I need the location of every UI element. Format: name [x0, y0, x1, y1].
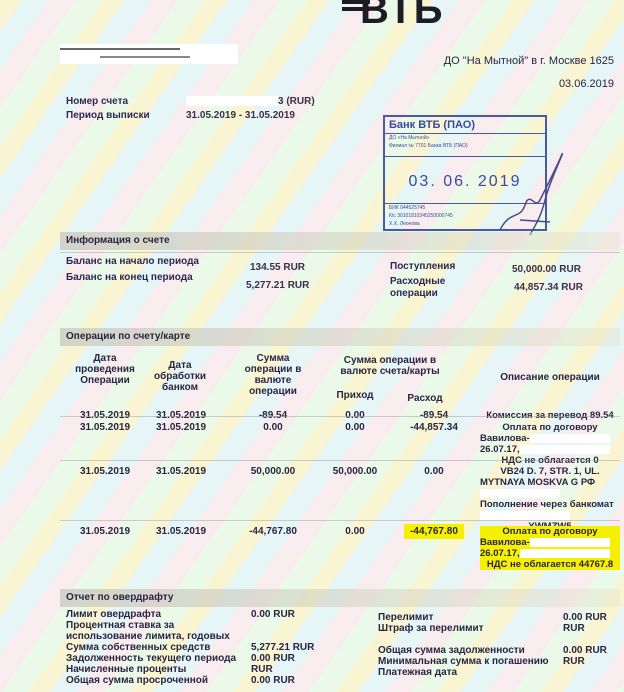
opening-balance-value: 134.55 RUR: [250, 262, 305, 273]
col-op-date: Дата проведения Операции: [70, 353, 140, 386]
cell-proc-date: 31.05.2019: [150, 422, 212, 433]
overdraft-row: Штраф за перелимитRUR: [378, 623, 618, 634]
period-value: 31.05.2019 - 31.05.2019: [186, 110, 295, 121]
cell-op-date: 31.05.2019: [70, 526, 140, 537]
overdraft-value: 0.00 RUR: [563, 645, 607, 656]
overdraft-value: 5,277.21 RUR: [251, 642, 314, 653]
cell-amount: -44,767.80: [238, 526, 308, 537]
cell-amount: 50,000.00: [238, 466, 308, 477]
overdraft-label: Перелимит: [378, 612, 563, 623]
overdraft-row: Перелимит0.00 RUR: [378, 612, 618, 623]
col-op-amount: Сумма операции в валюте операции: [238, 353, 308, 397]
overdraft-value: 0.00 RUR: [251, 653, 295, 664]
overdraft-row: Сумма собственных средств5,277.21 RUR: [66, 642, 346, 653]
cell-expense: -44,857.34: [398, 422, 470, 433]
row-divider: [60, 460, 620, 461]
cell-proc-date: 31.05.2019: [150, 466, 212, 477]
overdraft-row: Процентная ставка за использование лимит…: [66, 620, 346, 642]
cell-income: 0.00: [325, 526, 385, 537]
cell-expense: 0.00: [398, 466, 470, 477]
overdraft-row: Минимальная сумма к погашениюRUR: [378, 656, 618, 667]
cell-proc-date: 31.05.2019: [150, 526, 212, 537]
overdraft-row: Платежная дата: [378, 667, 618, 678]
overdraft-row: Лимит овердрафта0.00 RUR: [66, 609, 346, 620]
stamp-title: Банк ВТБ (ПАО): [385, 117, 545, 134]
income-value: 50,000.00 RUR: [512, 264, 581, 275]
account-number-value: 3 (RUR): [186, 96, 315, 107]
account-number-label: Номер счета: [66, 96, 128, 107]
redacted-block: [480, 489, 560, 498]
account-number-redacted: [186, 96, 278, 106]
bank-logo: ВТБ: [360, 0, 444, 33]
overdraft-value: 0.00 RUR: [251, 609, 295, 620]
col-description: Описание операции: [480, 372, 620, 383]
overdraft-value: RUR: [563, 656, 585, 667]
overdraft-label: Сумма собственных средств: [66, 642, 251, 653]
branch-name: ДО "На Мытной" в г. Москве 1625: [444, 55, 614, 67]
operations-header: Операции по счету/карте: [60, 328, 620, 346]
overdraft-right: Перелимит0.00 RURШтраф за перелимитRURОб…: [378, 612, 618, 678]
cell-op-date: 31.05.2019: [70, 466, 140, 477]
overdraft-label: Платежная дата: [378, 667, 563, 678]
overdraft-row: Начисленные процентыRUR: [66, 664, 346, 675]
overdraft-value: 0.00 RUR: [563, 612, 607, 623]
overdraft-row: Общая сумма задолженности0.00 RUR: [378, 645, 618, 656]
col-income: Приход: [330, 390, 380, 401]
redacted-block: [480, 511, 570, 520]
cell-description: Оплата по договоруВавилова-26.07.17,НДС …: [480, 526, 620, 570]
redacted-block: [530, 538, 610, 547]
overdraft-row: Общая сумма просроченной0.00 RUR: [66, 675, 346, 686]
cell-description: VB24 D. 7, STR. 1, UL.MYTNAYA MOSKVA G Р…: [480, 466, 620, 532]
expense-label: Расходные операции: [390, 276, 450, 300]
stamp-line: ДО «На Мытной»: [385, 134, 545, 142]
row-divider: [60, 520, 620, 521]
cell-amount: 0.00: [238, 422, 308, 433]
signature-icon: [490, 150, 570, 240]
redacted-block: [520, 549, 610, 558]
overdraft-label: Процентная ставка за использование лимит…: [66, 620, 251, 642]
overdraft-value: 0.00 RUR: [251, 675, 295, 686]
overdraft-label: Начисленные проценты: [66, 664, 251, 675]
opening-balance-label: Баланс на начало периода: [66, 256, 199, 267]
overdraft-header: Отчет по овердрафту: [60, 589, 620, 607]
cell-income: 50,000.00: [325, 466, 385, 477]
divider: [60, 252, 620, 253]
cell-income: 0.00: [325, 422, 385, 433]
col-expense: Расход: [400, 393, 450, 404]
overdraft-label: Лимит овердрафта: [66, 609, 251, 620]
overdraft-label: Задолженность текущего периода: [66, 653, 251, 664]
expense-value: 44,857.34 RUR: [514, 282, 583, 293]
redacted-block: [520, 445, 610, 454]
col-acct-amount: Сумма операции в валюте счета/карты: [325, 355, 455, 377]
redacted-block: [530, 434, 610, 443]
statement-date: 03.06.2019: [559, 78, 614, 90]
closing-balance-value: 5,277.21 RUR: [246, 280, 309, 291]
cell-op-date: 31.05.2019: [70, 422, 140, 433]
overdraft-left: Лимит овердрафта0.00 RURПроцентная ставк…: [66, 609, 346, 686]
period-label: Период выписки: [66, 110, 150, 121]
cell-expense: -44,767.80: [398, 526, 470, 537]
overdraft-value: RUR: [563, 623, 585, 634]
client-name-redacted: [60, 44, 238, 64]
overdraft-row: Задолженность текущего периода0.00 RUR: [66, 653, 346, 664]
overdraft-label: Штраф за перелимит: [378, 623, 563, 634]
account-info-header: Информация о счете: [60, 232, 620, 250]
closing-balance-label: Баланс на конец периода: [66, 272, 193, 283]
overdraft-label: Общая сумма задолженности: [378, 645, 563, 656]
overdraft-label: Минимальная сумма к погашению: [378, 656, 563, 667]
overdraft-value: RUR: [251, 664, 273, 675]
row-divider: [60, 416, 620, 417]
stamp-line: Филиал № 7701 Банка ВТБ (ПАО): [385, 142, 545, 150]
col-proc-date: Дата обработки банком: [150, 360, 210, 393]
income-label: Поступления: [390, 261, 455, 272]
overdraft-label: Общая сумма просроченной: [66, 675, 251, 686]
